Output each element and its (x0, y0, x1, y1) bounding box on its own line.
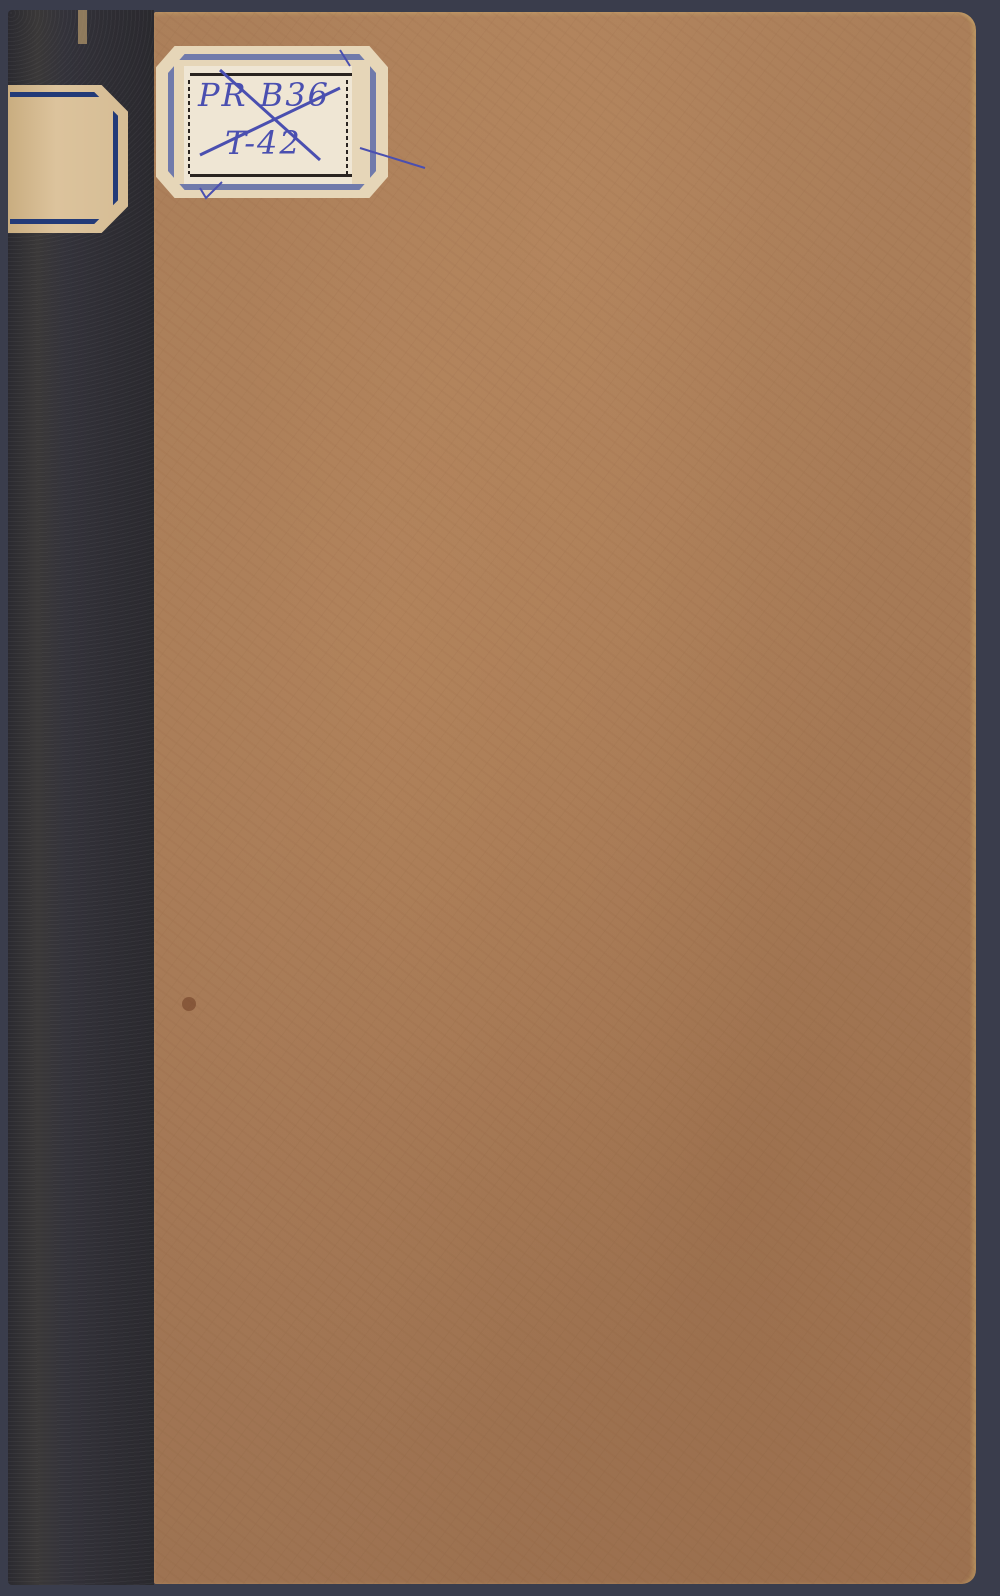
label-rule-bottom (190, 174, 352, 177)
label-dotted-border-left (188, 80, 190, 174)
spine-tab (78, 10, 87, 44)
cover-texture (154, 12, 976, 1584)
book-spine (8, 10, 154, 1585)
scan-background: PR B36 T-42 (0, 0, 1000, 1596)
spine-label-border (10, 92, 118, 224)
shelfmark-line-1: PR B36 (198, 76, 330, 114)
shelfmark-line-2: T-42 (225, 124, 302, 162)
cover-stain (182, 997, 196, 1011)
label-dotted-border-right (346, 80, 348, 174)
book-front-cover (154, 12, 976, 1584)
